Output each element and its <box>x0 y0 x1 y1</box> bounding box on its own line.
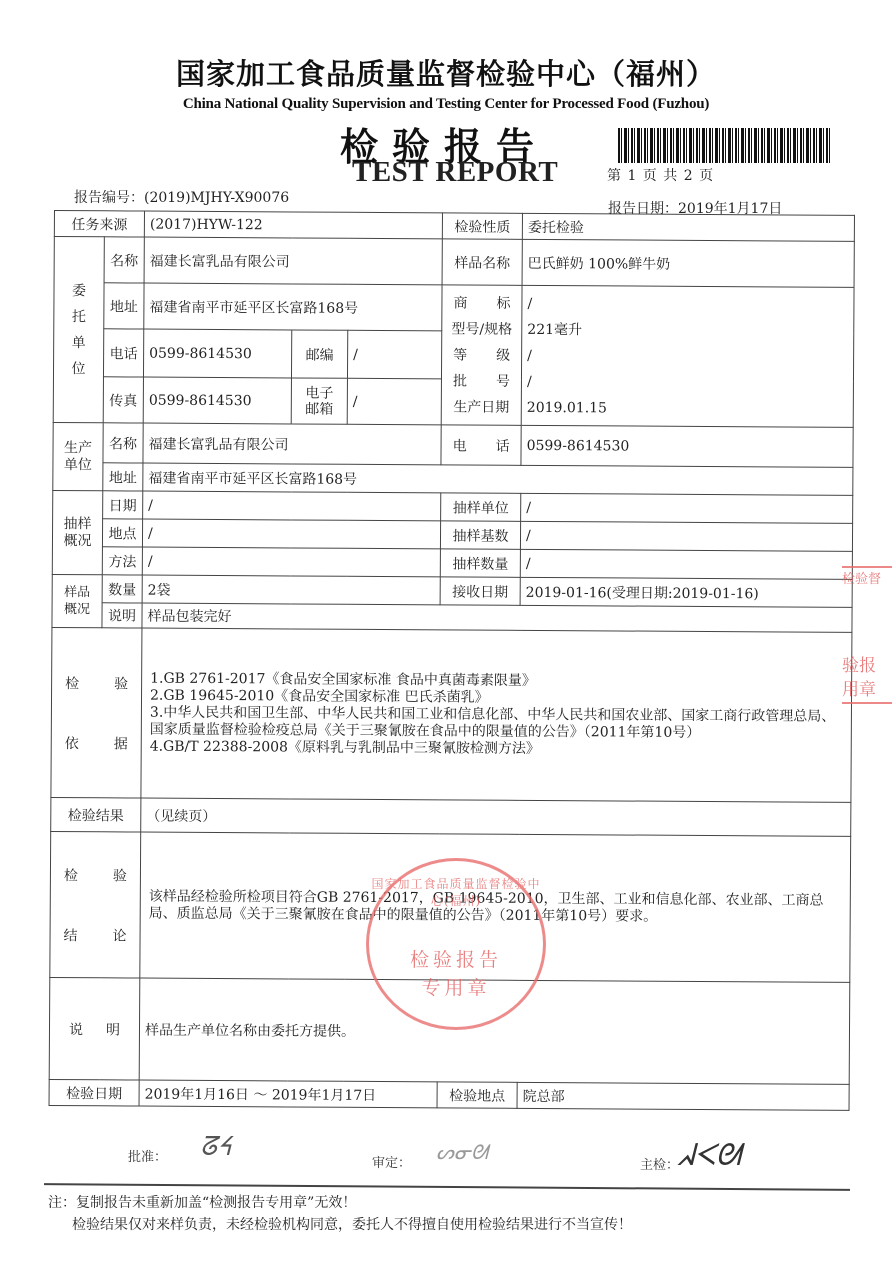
row-basis: 检验 依据 1.GB 2761-2017《食品安全国家标准 食品中真菌毒素限量》… <box>51 627 852 802</box>
basis-item: 3.中华人民共和国卫生部、中华人民共和国工业和信息化部、中华人民共和国农业部、国… <box>150 705 843 743</box>
receive-date-label: 接收日期 <box>440 577 520 605</box>
remark-label: 说明 <box>49 977 140 1080</box>
inspection-type-value: 委托检验 <box>522 213 854 241</box>
footer-note-1: 注：复制报告未重新加盖“检测报告专用章”无效！ <box>48 1192 356 1212</box>
producer-address-value: 福建省南平市延平区长富路168号 <box>143 463 853 495</box>
client-email-label: 电子邮箱 <box>291 378 347 424</box>
edge-seal-bottom-icon: 验报 用章 <box>842 654 892 704</box>
sampling-base-label: 抽样基数 <box>440 521 520 549</box>
inspection-type-label: 检验性质 <box>442 213 522 239</box>
client-group-label: 委 托 单 位 <box>53 237 104 423</box>
spec-label: 型号/规格 <box>445 316 518 342</box>
sampling-method-label: 方法 <box>102 547 142 575</box>
report-title-en: TEST REPORT <box>352 156 558 189</box>
report-number: 报告编号：(2019)MJHY-X90076 <box>74 187 289 207</box>
client-postcode-label: 邮编 <box>291 330 347 378</box>
task-source-label: 任务来源 <box>54 211 144 238</box>
sampling-date-label: 日期 <box>103 491 143 519</box>
sampling-qty-value: / <box>520 549 852 579</box>
brand-label: 商标 <box>445 290 518 316</box>
sampling-place-label: 地点 <box>102 519 142 547</box>
sample-info-group-label: 样品概况 <box>52 574 102 627</box>
footer-divider <box>44 1183 850 1191</box>
producer-group-label: 生产单位 <box>53 422 103 490</box>
prod-date-label: 生产日期 <box>445 394 518 420</box>
client-fax-label: 传真 <box>103 377 143 423</box>
row-test-date: 检验日期 2019年1月16日 ～ 2019年1月17日 检验地点 院总部 <box>49 1079 849 1110</box>
row-producer-name: 生产单位 名称 福建长富乳品有限公司 电话 0599-8614530 <box>53 422 853 467</box>
sample-name-label: 样品名称 <box>442 239 522 285</box>
client-name-value: 福建长富乳品有限公司 <box>144 237 442 285</box>
basis-label: 检验 依据 <box>51 627 142 798</box>
spec-value: 221毫升 <box>527 316 848 344</box>
basis-item: 4.GB/T 22388-2008《原料乳与乳制品中三聚氰胺检测方法》 <box>150 739 843 760</box>
grade-label: 等级 <box>445 342 518 368</box>
test-location-label: 检验地点 <box>437 1082 517 1108</box>
row-client-name: 委 托 单 位 名称 福建长富乳品有限公司 样品名称 巴氏鲜奶 100%鲜牛奶 <box>54 237 854 288</box>
client-phone-value: 0599-8614530 <box>143 329 291 378</box>
barcode-icon <box>618 128 830 163</box>
client-address-value: 福建省南平市延平区长富路168号 <box>144 283 442 331</box>
sample-attr-labels: 商标 型号/规格 等级 批号 生产日期 <box>441 285 522 425</box>
approver-label: 批准： <box>128 1146 167 1165</box>
producer-name-value: 福建长富乳品有限公司 <box>143 423 441 465</box>
batch-value: / <box>527 368 848 396</box>
sample-desc-label: 说明 <box>102 603 142 628</box>
conclusion-value: 该样品经检验所检项目符合GB 2761-2017，GB 19645-2010，卫… <box>140 832 851 982</box>
sample-qty-label: 数量 <box>102 575 142 603</box>
row-conclusion: 检验 结论 该样品经检验所检项目符合GB 2761-2017，GB 19645-… <box>50 831 851 982</box>
reviewer-signature-icon: ᔕᓂᘛ <box>436 1140 488 1164</box>
row-remark: 说明 样品生产单位名称由委托方提供。 <box>49 977 850 1084</box>
org-title-en: China National Quality Supervision and T… <box>0 96 892 113</box>
sampling-place-value: / <box>142 519 440 549</box>
sampling-group-label: 抽样概况 <box>52 490 103 574</box>
sample-qty-value: 2袋 <box>142 575 440 605</box>
client-postcode-value: / <box>347 330 441 379</box>
sampling-date-value: / <box>143 491 441 521</box>
row-client-address: 地址 福建省南平市延平区长富路168号 商标 型号/规格 等级 批号 生产日期 … <box>54 283 854 334</box>
approver-signature-icon: ᘔᔦ <box>200 1132 230 1163</box>
sampling-base-value: / <box>520 521 852 551</box>
task-source-value: (2017)HYW-122 <box>144 211 442 239</box>
batch-label: 批号 <box>445 368 518 394</box>
sample-attr-values: / 221毫升 / / 2019.01.15 <box>521 285 854 427</box>
sampling-qty-label: 抽样数量 <box>440 549 520 577</box>
chief-inspector-signature-icon: ᖽᐸᘛ <box>676 1138 741 1173</box>
footer-note-2: 检验结果仅对来样负责，未经检验机构同意，委托人不得擅自使用检验结果进行不当宣传！ <box>72 1214 632 1234</box>
row-result: 检验结果 （见续页） <box>51 797 851 836</box>
sample-name-value: 巴氏鲜奶 100%鲜牛奶 <box>522 239 854 287</box>
client-email-value: / <box>347 378 441 425</box>
remark-value: 样品生产单位名称由委托方提供。 <box>139 978 850 1084</box>
producer-address-label: 地址 <box>103 463 143 491</box>
sampling-unit-value: / <box>521 493 853 523</box>
prod-date-value: 2019.01.15 <box>527 394 848 422</box>
client-phone-label: 电话 <box>103 329 143 377</box>
report-table: 任务来源 (2017)HYW-122 检验性质 委托检验 委 托 单 位 名称 … <box>49 210 855 1111</box>
producer-phone-value: 0599-8614530 <box>521 425 853 467</box>
org-title-cn: 国家加工食品质量监督检验中心（福州） <box>0 52 892 93</box>
brand-value: / <box>527 290 848 318</box>
sampling-unit-label: 抽样单位 <box>441 493 521 521</box>
test-date-label: 检验日期 <box>49 1079 139 1106</box>
grade-value: / <box>527 342 848 370</box>
producer-name-label: 名称 <box>103 423 143 463</box>
producer-phone-label: 电话 <box>441 425 521 465</box>
test-location-value: 院总部 <box>517 1082 849 1110</box>
reviewer-label: 审定： <box>372 1152 411 1171</box>
result-label: 检验结果 <box>51 797 141 832</box>
conclusion-label: 检验 结论 <box>50 831 141 978</box>
chief-inspector-label: 主检： <box>640 1154 679 1173</box>
basis-list: 1.GB 2761-2017《食品安全国家标准 食品中真菌毒素限量》 2.GB … <box>141 628 852 802</box>
test-date-value: 2019年1月16日 ～ 2019年1月17日 <box>139 1080 437 1108</box>
sampling-method-value: / <box>142 547 440 577</box>
client-address-label: 地址 <box>104 283 144 329</box>
page-info: 第 1 页 共 2 页 <box>607 165 714 185</box>
client-name-label: 名称 <box>104 237 144 283</box>
receive-date-value: 2019-01-16(受理日期:2019-01-16) <box>520 577 852 607</box>
edge-seal-top-icon: 检验督 <box>842 566 892 587</box>
client-fax-value: 0599-8614530 <box>143 377 291 424</box>
result-value: （见续页） <box>141 798 851 836</box>
